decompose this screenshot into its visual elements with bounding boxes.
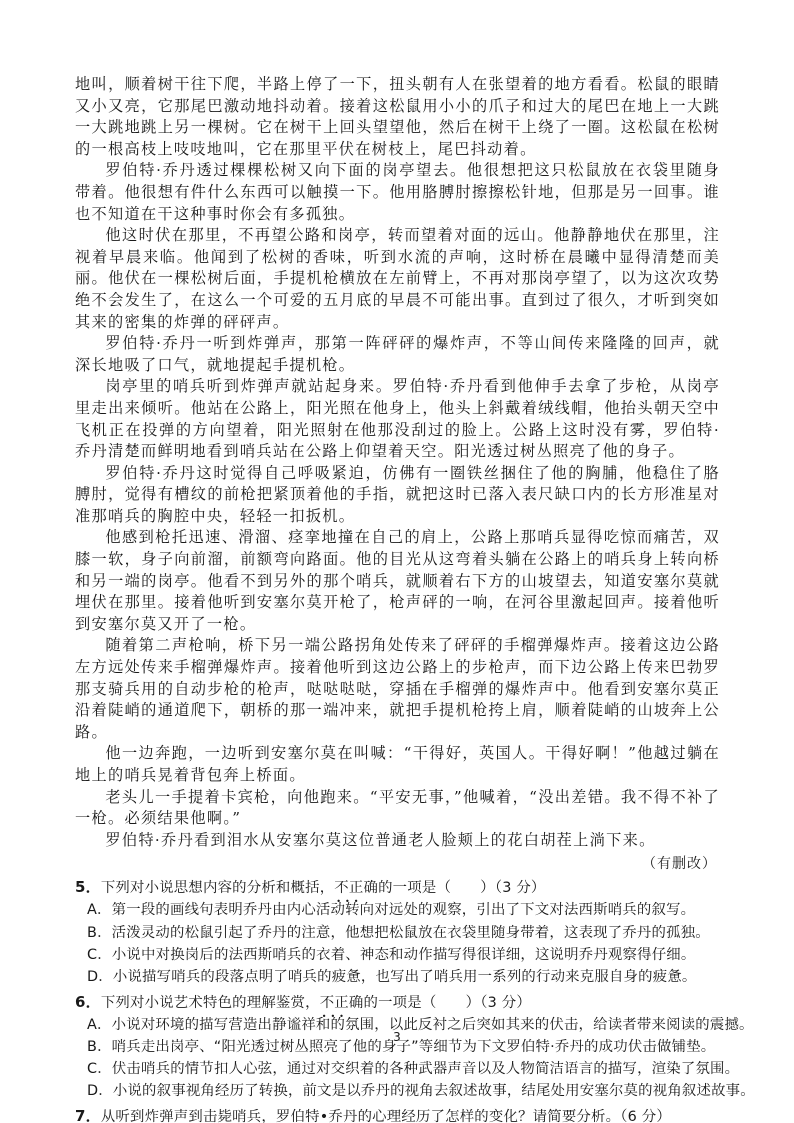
question-7: 7．从听到炸弹声到击毙哨兵，罗伯特•乔丹的心理经历了怎样的变化？请简要分析。（6…	[75, 1105, 720, 1123]
passage-paragraph-8: 随着第二声枪响，桥下另一端公路拐角处传来了砰砰的手榴弹爆炸声。接着这边公路左方远…	[75, 635, 720, 743]
passage-paragraph-1: 地叫，顺着树干往下爬，半路上停了一下，扭头朝有人在张望着的地方看看。松鼠的眼睛又…	[75, 74, 720, 160]
question-list: 5．下列对小说思想内容的分析和概括，不正确的一项是（ ）（3 分） A．第一段的…	[75, 876, 720, 1123]
reading-passage: 地叫，顺着树干往下爬，半路上停了一下，扭头朝有人在张望着的地方看看。松鼠的眼睛又…	[75, 74, 720, 851]
passage-paragraph-10: 老头儿一手提着卡宾枪，向他跑来。“平安无事，”他喊着，“没出差错。我不得不补了一…	[75, 787, 720, 830]
passage-paragraph-2: 罗伯特·乔丹透过棵棵松树又向下面的岗亭望去。他很想把这只松鼠放在衣袋里随身带着。…	[75, 160, 720, 225]
option-a: A．第一段的画线句表明乔丹由内心活动转向对远处的观察，引出了下文对法西斯哨兵的叙…	[75, 899, 720, 921]
passage-paragraph-7: 他感到枪托迅速、滑溜、痉挛地撞在自己的肩上，公路上那哨兵显得吃惊而痛苦，双膝一软…	[75, 527, 720, 635]
question-stem: 5．下列对小说思想内容的分析和概括，不正确的一项是（ ）（3 分）	[75, 876, 720, 899]
question-stem: 6．下列对小说艺术特色的理解鉴赏，不正确的一项是（ ）（3 分）	[75, 991, 720, 1014]
source-note: （有删改）	[75, 854, 720, 874]
stem-text-end: 的一项是（ ）（3 分）	[378, 880, 545, 896]
option-b: B．活泼灵动的松鼠引起了乔丹的注意，他想把松鼠放在衣袋里随身带着，这表现了乔丹的…	[75, 922, 720, 944]
question-number: 5．	[75, 878, 101, 896]
stem-text-end: 的一项是（ ）（3 分）	[364, 995, 531, 1011]
question-number: 6．	[75, 993, 101, 1011]
passage-paragraph-9: 他一边奔跑，一边听到安塞尔莫在叫喊：“干得好，英国人。干得好啊！”他越过躺在地上…	[75, 743, 720, 786]
option-d: D．小说的叙事视角经历了转换，前文是以乔丹的视角去叙述故事，结尾处用安塞尔莫的视…	[75, 1080, 720, 1102]
question-6: 6．下列对小说艺术特色的理解鉴赏，不正确的一项是（ ）（3 分） A．小说对环境…	[75, 991, 720, 1103]
stem-text: 下列对小说艺术特色的理解鉴赏，	[101, 995, 320, 1011]
page-number: 3	[0, 1030, 794, 1044]
passage-paragraph-3: 他这时伏在那里，不再望公路和岗亭，转而望着对面的远山。他静静地伏在那里，注视着早…	[75, 225, 720, 333]
stem-text: 下列对小说思想内容的分析和概括，	[101, 880, 334, 896]
stem-text: 从听到炸弹声到击毙哨兵，罗伯特•乔丹的心理经历了怎样的变化？请简要分析。（6 分…	[101, 1109, 671, 1123]
question-5: 5．下列对小说思想内容的分析和概括，不正确的一项是（ ）（3 分） A．第一段的…	[75, 876, 720, 988]
emphasized-text: 不正确	[320, 992, 364, 1014]
option-c: C．小说中对换岗后的法西斯哨兵的衣着、神态和动作描写得很详细，这说明乔丹观察得仔…	[75, 944, 720, 966]
option-c: C．伏击哨兵的情节扣人心弦，通过对交织着的各种武器声音以及人物简洁语言的描写，渲…	[75, 1058, 720, 1080]
question-stem: 7．从听到炸弹声到击毙哨兵，罗伯特•乔丹的心理经历了怎样的变化？请简要分析。（6…	[75, 1105, 720, 1123]
option-d: D．小说描写哨兵的段落点明了哨兵的疲惫，也写出了哨兵用一系列的行动来克服自身的疲…	[75, 966, 720, 988]
question-number: 7．	[75, 1107, 101, 1123]
passage-paragraph-11: 罗伯特·乔丹看到泪水从安塞尔莫这位普通老人脸颊上的花白胡茬上淌下来。	[75, 830, 720, 852]
passage-paragraph-5: 岗亭里的哨兵听到炸弹声就站起身来。罗伯特·乔丹看到他伸手去拿了步枪，从岗亭里走出…	[75, 376, 720, 462]
passage-paragraph-6: 罗伯特·乔丹这时觉得自己呼吸紧迫，仿佛有一圈铁丝捆住了他的胸脯，他稳住了胳膊肘，…	[75, 463, 720, 528]
emphasized-text: 不正确	[334, 877, 378, 899]
exam-page: 地叫，顺着树干往下爬，半路上停了一下，扭头朝有人在张望着的地方看看。松鼠的眼睛又…	[75, 74, 720, 1123]
passage-paragraph-4: 罗伯特·乔丹一听到炸弹声，那第一阵砰砰的爆炸声，不等山间传来隆隆的回声，就深长地…	[75, 333, 720, 376]
